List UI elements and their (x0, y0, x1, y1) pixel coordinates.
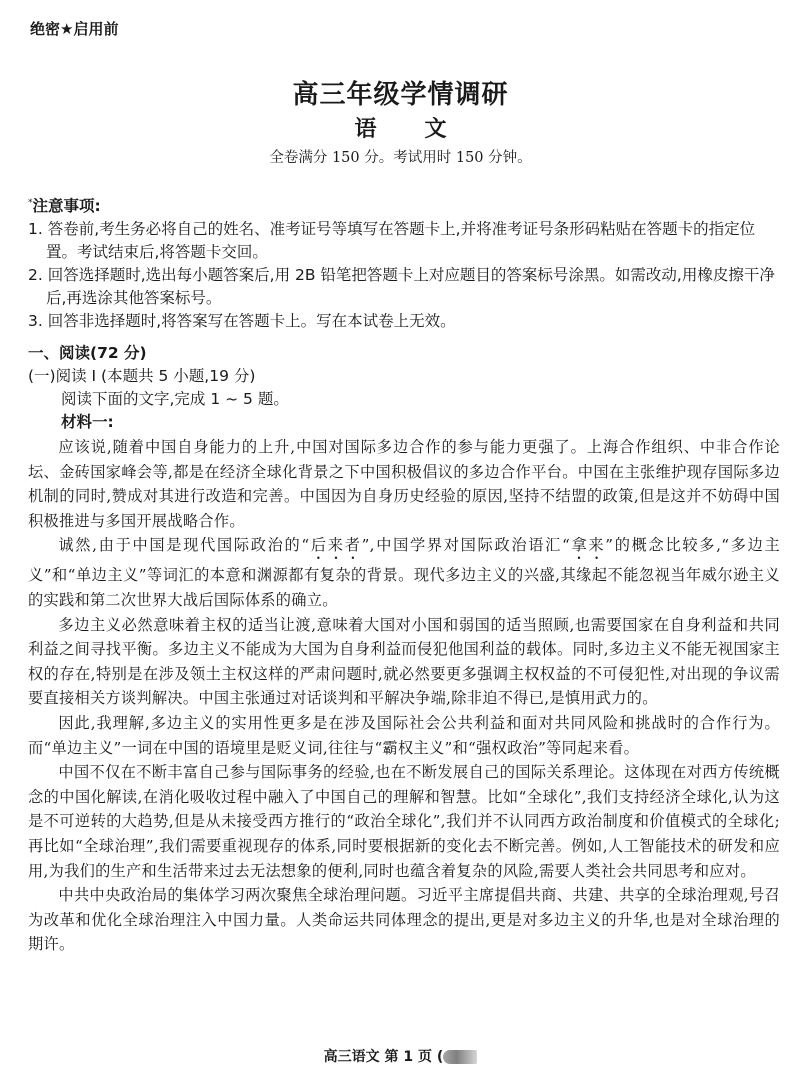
exam-meta: 全卷满分 150 分。考试用时 150 分钟。 (0, 146, 801, 167)
emphasized-term-houlaizhe: 后来者 (310, 536, 362, 554)
reading-section: 一、阅读(72 分) (一)阅读 I (本题共 5 小题,19 分) 阅读下面的… (28, 342, 778, 434)
paragraph-5: 中国不仅在不断丰富自己参与国际事务的经验,也在不断发展自己的国际关系理论。这体现… (28, 760, 780, 883)
notes-block: *注意事项: 1. 答卷前,考生务必将自己的姓名、准考证号等填写在答题卡上,并将… (28, 192, 778, 333)
section-instruction: 阅读下面的文字,完成 1 ~ 5 题。 (28, 388, 778, 411)
page-number-label: 高三语文 第 1 页 ( (324, 1049, 444, 1065)
paragraph-2-part-1: 诚然,由于中国是现代国际政治的“ (58, 536, 309, 554)
note-item-1: 1. 答卷前,考生务必将自己的姓名、准考证号等填写在答题卡上,并将准考证号条形码… (28, 218, 778, 264)
note-item-3: 3. 回答非选择题时,将答案写在答题卡上。写在本试卷上无效。 (28, 310, 778, 333)
section-subtitle: (一)阅读 I (本题共 5 小题,19 分) (28, 365, 778, 388)
paragraph-2: 诚然,由于中国是现代国际政治的“后来者”,中国学界对国际政治语汇“拿来”的概念比… (28, 533, 780, 612)
subject-title: 语文 (0, 112, 801, 143)
page-footer: 高三语文 第 1 页 ( (0, 1046, 801, 1066)
paragraph-3: 多边主义必然意味着主权的适当让渡,意味着大国对小国和弱国的适当照顾,也需要国家在… (28, 613, 780, 711)
exam-page: 绝密★启用前 高三年级学情调研 语文 全卷满分 150 分。考试用时 150 分… (0, 0, 801, 1081)
subject-char-2: 文 (425, 112, 447, 143)
paragraph-1: 应该说,随着中国自身能力的上升,中国对国际多边合作的参与能力更强了。上海合作组织… (28, 435, 780, 533)
scan-smudge (443, 1050, 477, 1064)
paragraph-4: 因此,我理解,多边主义的实用性更多是在涉及国际社会公共利益和面对共同风险和挑战时… (28, 711, 780, 760)
section-title: 一、阅读(72 分) (28, 342, 778, 365)
paragraph-2-part-2: ”,中国学界对国际政治语汇“ (362, 536, 571, 554)
notes-heading-text: 注意事项: (33, 197, 101, 215)
exam-title: 高三年级学情调研 (0, 74, 801, 111)
confidential-label: 绝密★启用前 (30, 18, 118, 39)
note-item-2: 2. 回答选择题时,选出每小题答案后,用 2B 铅笔把答题卡上对应题目的答案标号… (28, 264, 778, 310)
emphasized-term-nalai: 拿来 (570, 536, 605, 554)
notes-heading: *注意事项: (28, 192, 778, 218)
paragraph-6: 中共中央政治局的集体学习两次聚焦全球治理问题。习近平主席提倡共商、共建、共享的全… (28, 883, 780, 957)
material-text: 应该说,随着中国自身能力的上升,中国对国际多边合作的参与能力更强了。上海合作组织… (28, 435, 780, 957)
material-label: 材料一: (28, 411, 778, 434)
subject-char-1: 语 (354, 112, 376, 143)
